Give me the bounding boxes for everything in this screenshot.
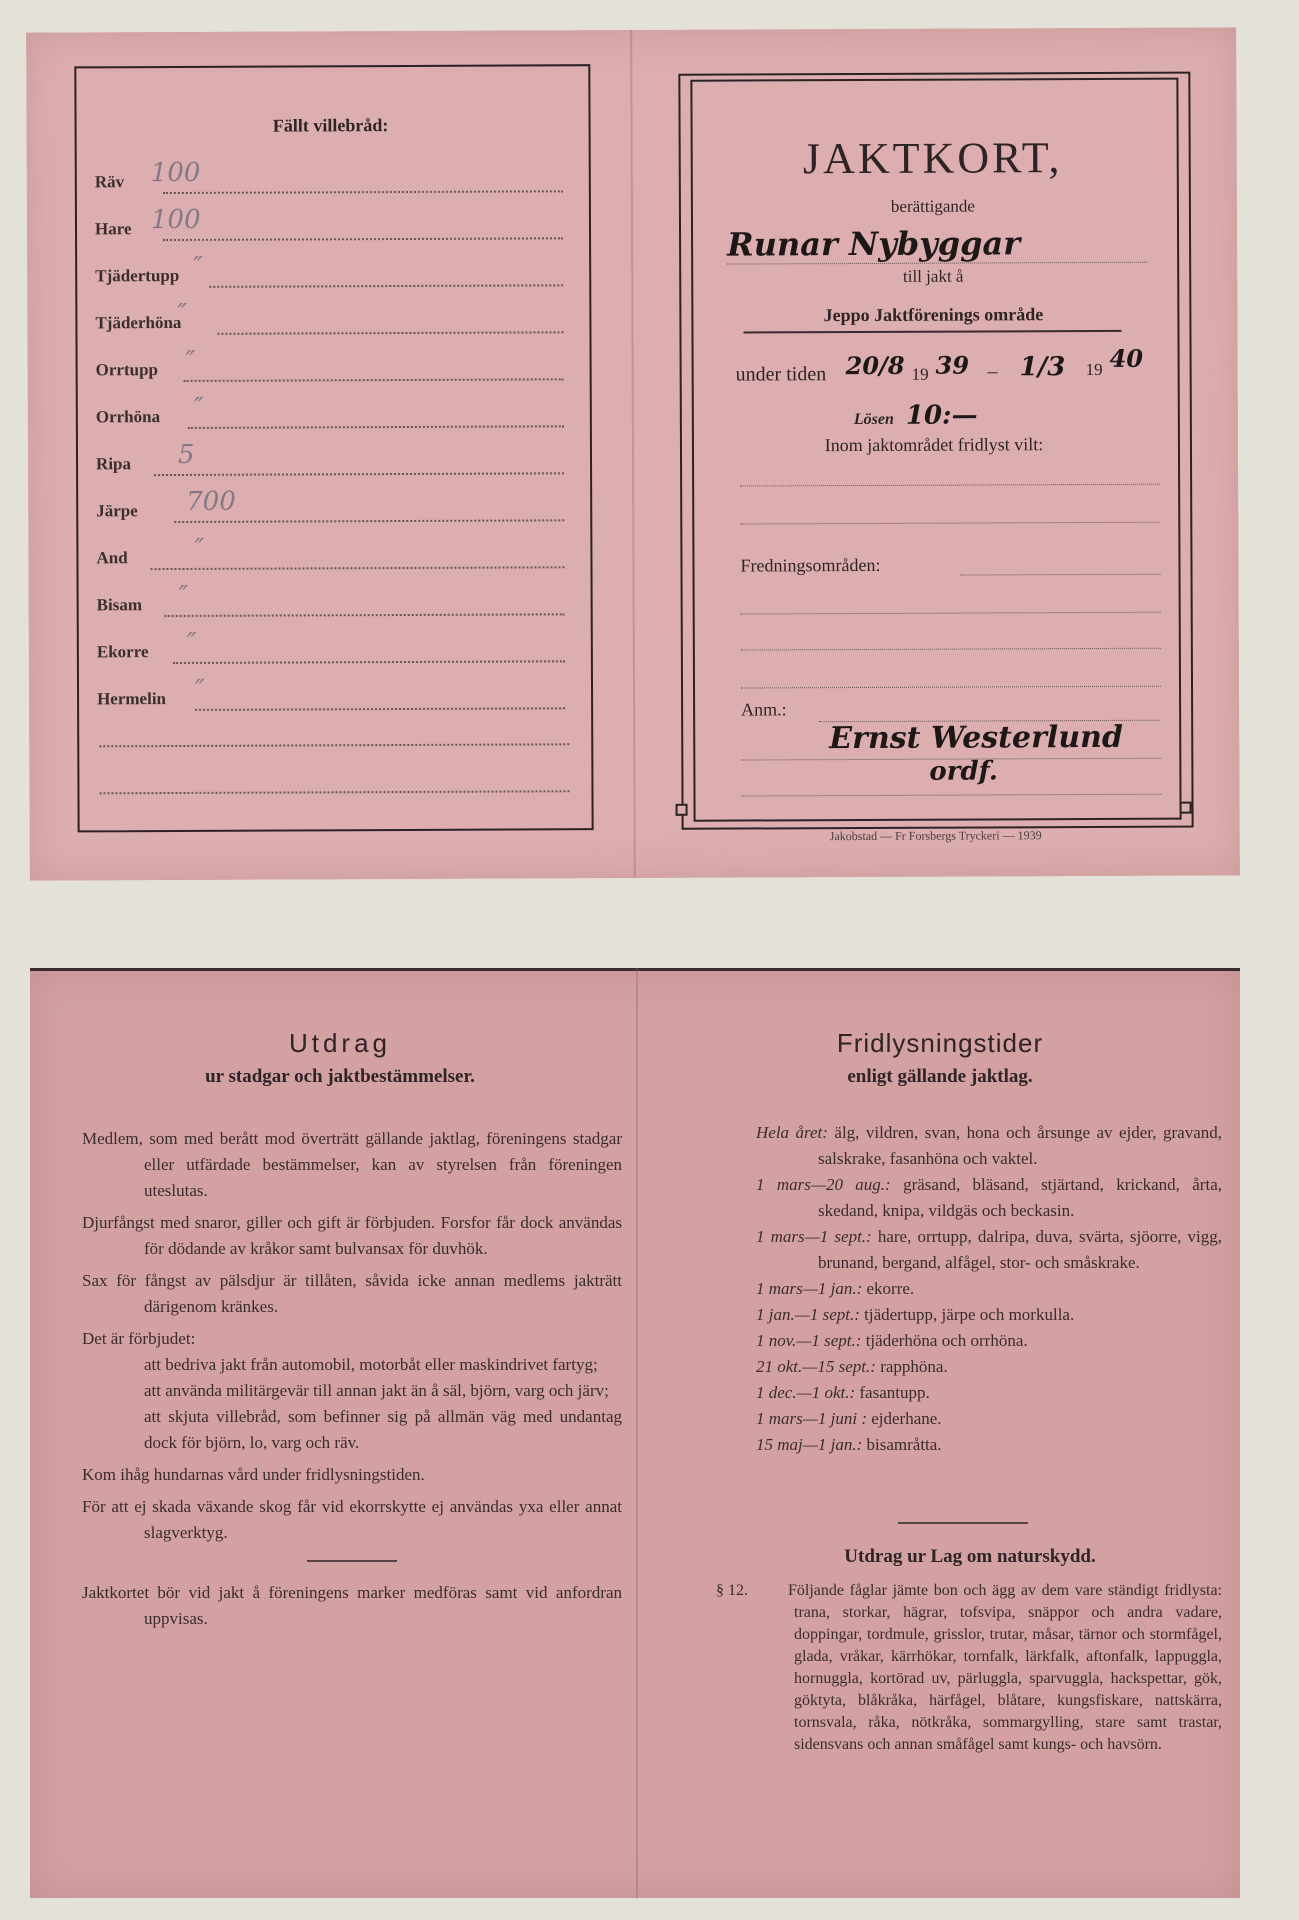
game-label: Tjäderhöna [95, 313, 181, 333]
game-count: ″ [177, 299, 187, 329]
card-fold [630, 30, 636, 878]
rule-paragraph: För att ej skada växande skog får vid ek… [82, 1494, 622, 1546]
closed-seasons-subtitle: enligt gällande jaktlag. [650, 1066, 1230, 1088]
rules-body: Medlem, som med berått mod överträtt gäl… [82, 1126, 622, 1638]
hunting-area: Jeppo Jaktförenings område [691, 304, 1175, 327]
season-species: ekorre. [867, 1279, 915, 1298]
rule-paragraph: Djurfångst med snaror, giller och gift ä… [82, 1210, 622, 1262]
closed-seasons-list: Hela året: älg, vildren, svan, hona och … [694, 1120, 1222, 1458]
period-to-year: 40 [1110, 344, 1144, 373]
game-count: 100 [151, 205, 201, 235]
closed-season-entry: Hela året: älg, vildren, svan, hona och … [694, 1120, 1222, 1172]
period-dash: – [988, 360, 998, 383]
game-count: ″ [194, 534, 204, 564]
season-period: 1 nov.—1 sept.: [756, 1331, 861, 1350]
fee-label: Lösen [854, 411, 894, 428]
fee: Lösen 10:— [854, 400, 978, 431]
season-period: Hela året: [756, 1123, 828, 1142]
nature-law-text: § 12.Följande fåglar jämte bon och ägg a… [716, 1580, 1222, 1756]
game-label: Järpe [96, 501, 138, 521]
period-from-day: 20/8 [846, 351, 905, 380]
forbidden-item: att skjuta villebråd, som befinner sig p… [82, 1404, 622, 1456]
period-from-year: 39 [936, 351, 970, 380]
game-tally-heading: Fällt villebråd: [75, 114, 587, 137]
season-species: rapphöna. [880, 1357, 948, 1376]
card-top-edge [30, 968, 1240, 971]
license-title: JAKTKORT, [691, 132, 1175, 185]
forbidden-intro: Det är förbjudet: [82, 1326, 622, 1352]
chairman-signature: Ernst Westerlund [829, 720, 1123, 756]
season-period: 1 dec.—1 okt.: [756, 1383, 855, 1402]
fee-value: 10:— [906, 400, 978, 430]
nature-law-heading: Utdrag ur Lag om naturskydd. [730, 1546, 1210, 1568]
footer-note: Jaktkortet bör vid jakt å föreningens ma… [82, 1580, 622, 1632]
rules-title: Utdrag [50, 1028, 630, 1059]
hunting-card-back: Utdrag ur stadgar och jaktbestämmelser. … [30, 968, 1240, 1898]
game-label: Räv [95, 172, 124, 192]
season-species: tjäderhöna och orrhöna. [866, 1331, 1028, 1350]
forbidden-item: att bedriva jakt från automobil, motorbå… [82, 1352, 622, 1378]
closed-season-entry: 1 nov.—1 sept.: tjäderhöna och orrhöna. [694, 1328, 1222, 1354]
section-divider [898, 1522, 1028, 1524]
law-paragraph: Följande fåglar jämte bon och ägg av dem… [788, 1582, 1222, 1753]
season-period: 21 okt.—15 sept.: [756, 1357, 876, 1376]
game-label: Tjädertupp [95, 266, 179, 286]
closed-season-entry: 21 okt.—15 sept.: rapphöna. [694, 1354, 1222, 1380]
notes-label: Anm.: [741, 699, 787, 720]
rule-paragraph: Kom ihåg hundarnas vård under fridlysnin… [82, 1462, 622, 1488]
season-period: 1 jan.—1 sept.: [756, 1305, 860, 1324]
hunt-at-label: till jakt å [691, 266, 1175, 288]
game-count: 100 [151, 158, 201, 188]
game-count: ″ [195, 675, 205, 705]
frame-corner [676, 804, 688, 816]
game-label: Hermelin [97, 689, 166, 709]
game-label: Ripa [96, 454, 131, 474]
rule-paragraph: Medlem, som med berått mod överträtt gäl… [82, 1126, 622, 1204]
hunting-card-front: Fällt villebråd: Räv100Hare100Tjädertupp… [26, 27, 1240, 880]
period-label: under tiden [736, 363, 827, 386]
game-count: ″ [179, 581, 189, 611]
game-label: Bisam [97, 595, 142, 615]
game-count: 700 [186, 487, 236, 517]
game-label: And [96, 548, 127, 568]
closed-season-entry: 1 mars—1 jan.: ekorre. [694, 1276, 1222, 1302]
game-label: Hare [95, 219, 132, 239]
season-species: tjädertupp, järpe och morkulla. [864, 1305, 1074, 1324]
game-count: ″ [193, 252, 203, 282]
period-to-day: 1/3 [1020, 352, 1066, 382]
rule-paragraph: Sax för fångst av pälsdjur är tillåten, … [82, 1268, 622, 1320]
period-century-1: 19 [912, 365, 929, 385]
season-period: 15 maj—1 jan.: [756, 1435, 862, 1454]
closed-season-entry: 1 mars—1 sept.: hare, orrtupp, dalripa, … [694, 1224, 1222, 1276]
closed-season-entry: 1 jan.—1 sept.: tjädertupp, järpe och mo… [694, 1302, 1222, 1328]
signature-title: ordf. [929, 756, 998, 786]
game-count: 5 [178, 440, 195, 470]
printer-imprint: Jakobstad — Fr Forsbergs Tryckeri — 1939 [682, 828, 1190, 845]
holder-name: Runar Nybyggar [727, 224, 1020, 263]
season-species: bisamråtta. [867, 1435, 942, 1454]
game-count: ″ [186, 346, 196, 376]
season-period: 1 mars—1 juni : [756, 1409, 867, 1428]
validity-period: under tiden 20/8 19 39 – 1/3 19 40 [736, 350, 1176, 402]
season-period: 1 mars—1 jan.: [756, 1279, 862, 1298]
period-century-2: 19 [1086, 360, 1103, 380]
closed-season-entry: 15 maj—1 jan.: bisamråtta. [694, 1432, 1222, 1458]
card-fold [636, 968, 638, 1898]
game-count: ″ [194, 393, 204, 423]
game-label: Orrtupp [96, 360, 158, 380]
forbidden-item: att använda militärgevär till annan jakt… [82, 1378, 622, 1404]
closed-season-entry: 1 mars—1 juni : ejderhane. [694, 1406, 1222, 1432]
closed-season-entry: 1 dec.—1 okt.: fasantupp. [694, 1380, 1222, 1406]
entitling-label: berättigande [691, 196, 1175, 218]
season-period: 1 mars—20 aug.: [756, 1175, 891, 1194]
protected-game-label: Inom jaktområdet fridlyst vilt: [692, 434, 1176, 457]
season-species: hare, orrtupp, dalripa, duva, svärta, sj… [818, 1227, 1222, 1272]
game-label: Ekorre [97, 642, 149, 662]
season-period: 1 mars—1 sept.: [756, 1227, 872, 1246]
closed-season-entry: 1 mars—20 aug.: gräsand, bläsand, stjärt… [694, 1172, 1222, 1224]
reserves-label: Fredningsområden: [740, 555, 880, 577]
game-label: Orrhöna [96, 407, 160, 427]
law-section: § 12. [716, 1580, 788, 1602]
season-species: fasantupp. [859, 1383, 929, 1402]
season-species: ejderhane. [871, 1409, 941, 1428]
rules-subtitle: ur stadgar och jaktbestämmelser. [50, 1066, 630, 1088]
closed-seasons-title: Fridlysningstider [650, 1028, 1230, 1059]
season-species: älg, vildren, svan, hona och årsunge av … [818, 1123, 1222, 1168]
section-divider [307, 1560, 397, 1562]
game-count: ″ [187, 628, 197, 658]
frame-corner [1180, 802, 1192, 814]
